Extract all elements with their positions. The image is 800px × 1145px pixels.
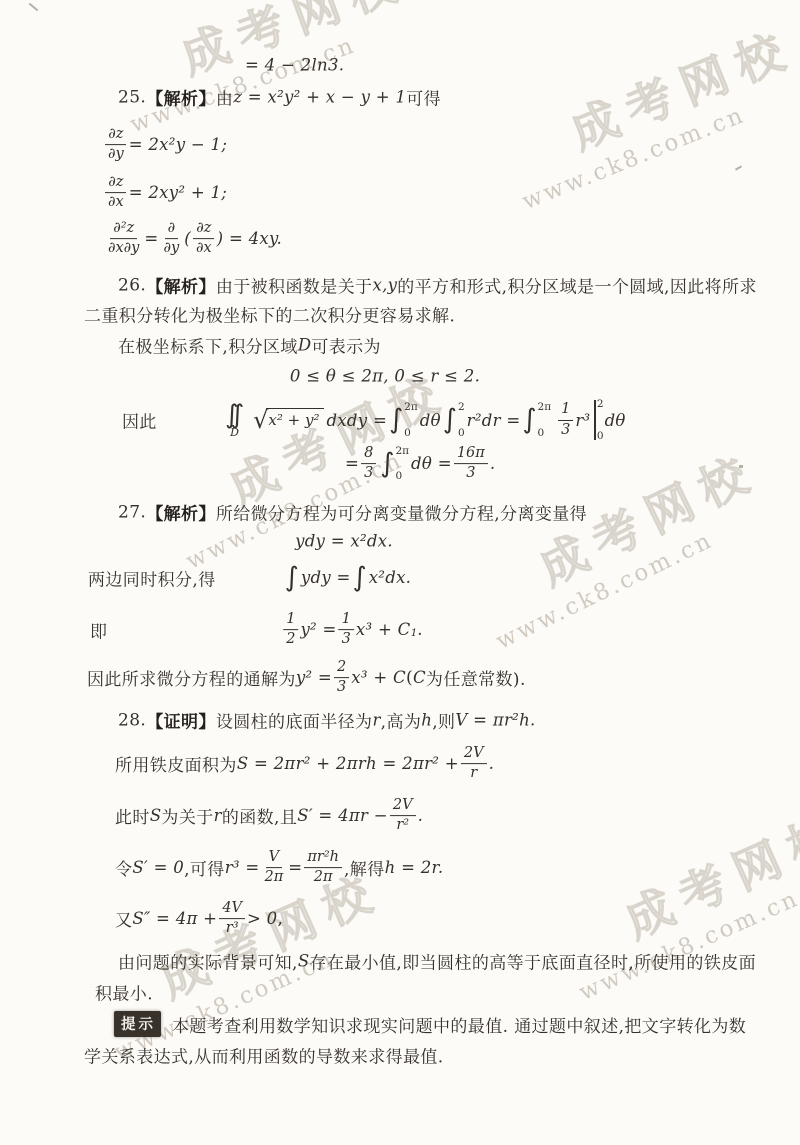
- numerator: 1: [283, 611, 298, 630]
- fraction: ∂∂y: [161, 220, 183, 258]
- text-run: 因此所求微分方程的通解为: [87, 666, 296, 691]
- integral-sign: ∫: [389, 407, 403, 433]
- integral: ∫20: [443, 402, 465, 438]
- math-run: = 2x²y − 1;: [129, 136, 227, 155]
- prev-answer-line-content: = 4 − 2ln3.: [245, 56, 344, 75]
- text-run: 为关于: [161, 804, 213, 829]
- radicand: x² + y²: [266, 408, 324, 429]
- bold-text-run: 【解析】: [146, 85, 216, 110]
- polar-range-content: 0 ≤ θ ≤ 2π, 0 ≤ r ≤ 2.: [290, 367, 480, 386]
- text-run: 为任意常数).: [426, 666, 526, 691]
- math-run: .: [490, 455, 496, 474]
- text-run: 本题考查利用数学知识求现实问题中的最值. 通过题中叙述,把文字转化为数: [172, 1012, 746, 1037]
- lower-limit: 0: [458, 428, 465, 439]
- partial-dz-dy-content: ∂z∂y = 2x²y − 1;: [103, 126, 227, 164]
- math-run: =: [345, 455, 359, 474]
- text-run: 的平方和形式,积分区域是一个圆域,因此将所求: [397, 273, 757, 298]
- scan-speck: [735, 165, 742, 170]
- text-run: 又: [115, 907, 132, 932]
- text-run: 的函数,且: [222, 804, 297, 829]
- math-run: > 0: [247, 910, 277, 929]
- integral-sign: ∫: [285, 565, 299, 591]
- fraction: 16π3: [454, 445, 488, 483]
- lower-limit: 0: [395, 472, 409, 483]
- denominator: ∂x∂y: [105, 240, 142, 258]
- math-run: x,y: [372, 276, 397, 295]
- math-run: r: [214, 807, 222, 826]
- separated-variables-eq-content: ydy = x²dx.: [295, 532, 393, 551]
- denominator: 3: [361, 465, 376, 483]
- double-integral-line1-content: ∫∫D√x² + y² dxdy = ∫2π0dθ∫20r²dr = ∫2π01…: [225, 399, 626, 441]
- bold-text-run: 【解析】: [146, 273, 216, 298]
- math-run: S: [298, 952, 310, 971]
- math-run: S′ = 4πr −: [297, 807, 388, 826]
- hint-badge: 提示: [114, 1011, 161, 1037]
- upper-limit: 2: [458, 402, 465, 413]
- integral: ∫: [353, 565, 367, 591]
- second-derivative-eq-content: 又 S″ = 4π + 4Vr³ > 0,: [115, 900, 283, 938]
- numerator: ∂z: [105, 174, 126, 193]
- double-integral-line1-label: 因此: [122, 408, 157, 433]
- text-run: 由于被积函数是关于: [216, 273, 373, 298]
- upper-limit: 2: [597, 399, 604, 410]
- denominator: r²: [393, 817, 412, 835]
- math-run: h = 2r.: [385, 859, 444, 878]
- integral-sign: ∫: [380, 451, 394, 477]
- numerator: 1: [558, 401, 573, 420]
- numerator: ∂²z: [110, 220, 137, 239]
- integrated-eq-label: 即: [90, 618, 107, 643]
- upper-limit: 2π: [404, 402, 418, 413]
- text-run: 25.: [118, 87, 146, 107]
- partial-dz-dx-content: ∂z∂x = 2xy² + 1;: [103, 174, 227, 212]
- lower-limit: 0: [538, 428, 552, 439]
- sol-27-heading-content: 27.【解析】所给微分方程为可分离变量微分方程,分离变量得: [118, 500, 587, 525]
- text-run: (: [406, 668, 413, 688]
- text-run: ,则: [432, 708, 455, 733]
- numerator: 8: [361, 445, 376, 464]
- text-run: 由问题的实际背景可知,: [118, 949, 298, 974]
- math-run: r²dr =: [467, 411, 521, 430]
- square-root: √x² + y²: [253, 408, 324, 432]
- text-run: ,: [277, 909, 283, 929]
- numerator: 1: [339, 611, 354, 630]
- text-run: 所给微分方程为可分离变量微分方程,分离变量得: [216, 500, 587, 525]
- numerator: ∂z: [105, 126, 126, 145]
- fraction: ∂²z∂x∂y: [105, 220, 142, 258]
- math-run: S = 2πr² + 2πrh = 2πr² +: [237, 755, 459, 774]
- upper-limit: 2π: [538, 402, 552, 413]
- denominator: ∂y: [105, 146, 127, 164]
- numerator: 16π: [454, 445, 488, 464]
- integral: ∫2π0: [380, 446, 409, 482]
- sol-26-line2-content: 二重积分转化为极坐标下的二次积分更容易求解.: [84, 302, 455, 327]
- watermark: 成考网校www.ck8.com.cn: [553, 807, 800, 1005]
- hint-line1-content: 提示本题考查利用数学知识求现实问题中的最值. 通过题中叙述,把文字转化为数: [114, 1011, 746, 1037]
- integrate-both-sides-content: ∫ydy = ∫x²dx.: [283, 565, 411, 591]
- subscript: 1: [411, 627, 418, 639]
- fraction: 23: [334, 659, 349, 697]
- integrated-eq-content: 12y² = 13x³ + C1.: [281, 611, 423, 649]
- text-run: 二重积分转化为极坐标下的二次积分更容易求解.: [84, 302, 455, 327]
- math-run: r: [372, 711, 380, 730]
- integral-sign: ∫: [353, 565, 367, 591]
- denominator: 2π: [311, 869, 336, 887]
- text-run: ,可得: [184, 856, 225, 881]
- watermark-url: www.ck8.com.cn: [576, 859, 800, 1005]
- fraction: ∂z∂x: [193, 220, 215, 258]
- math-run: S: [150, 807, 162, 826]
- integral-limits: 2π0: [394, 446, 409, 482]
- text-run: 28.: [118, 710, 146, 730]
- text-run: 由: [216, 85, 233, 110]
- lower-limit: 0: [597, 431, 604, 442]
- general-solution-content: 因此所求微分方程的通解为 y² = 23x³ + C(C 为任意常数).: [87, 659, 526, 697]
- numerator: 2V: [461, 745, 487, 764]
- math-run: dθ: [605, 411, 626, 430]
- math-run: x²dx.: [369, 568, 412, 587]
- double-integral-sign: ∫∫: [225, 402, 244, 428]
- hint-line2-content: 学关系表达式,从而利用函数的导数来求得最值.: [84, 1043, 444, 1068]
- math-run: dθ =: [411, 455, 452, 474]
- math-run: dθ: [420, 411, 441, 430]
- integral-limits: 2π0: [403, 402, 418, 438]
- lower-limit: 0: [404, 428, 418, 439]
- text-run: 所用铁皮面积为: [115, 752, 237, 777]
- math-run: .: [489, 755, 495, 774]
- sol-25-heading-content: 25.【解析】由 z = x²y² + x − y + 1 可得: [118, 85, 441, 110]
- conclusion-line2-content: 积最小.: [95, 980, 153, 1005]
- numerator: 4V: [219, 900, 245, 919]
- math-run: .: [417, 621, 423, 640]
- denominator: ∂x: [105, 194, 127, 212]
- math-run: = 4 − 2ln3.: [245, 56, 344, 75]
- fraction: πr²h2π: [304, 849, 342, 887]
- text-run: 存在最小值,即当圆柱的高等于底面直径时,所使用的铁皮面: [309, 949, 756, 974]
- fraction: ∂z∂y: [105, 126, 127, 164]
- fraction: ∂z∂x: [105, 174, 127, 212]
- numerator: ∂: [165, 220, 179, 239]
- denominator: r³: [223, 920, 242, 938]
- scan-speck: [739, 465, 743, 468]
- text-run: 设圆柱的底面半径为: [216, 708, 373, 733]
- math-run: = 2xy² + 1;: [129, 184, 227, 203]
- text-run: 此时: [115, 804, 150, 829]
- fraction: V2π: [261, 849, 286, 887]
- denominator: ∂x: [193, 240, 215, 258]
- fraction: 83: [361, 445, 376, 483]
- text-run: 26.: [118, 275, 146, 295]
- math-run: V = πr²h.: [455, 711, 535, 730]
- conclusion-line1-content: 由问题的实际背景可知,S 存在最小值,即当圆柱的高等于底面直径时,所使用的铁皮面: [118, 949, 756, 974]
- text-run: 令: [115, 856, 132, 881]
- fraction: 12: [283, 611, 298, 649]
- second-partial-content: ∂²z∂x∂y = ∂∂y(∂z∂x) = 4xy.: [103, 220, 282, 258]
- watermark: 成考网校www.ck8.com.cn: [498, 25, 800, 215]
- math-run: h: [421, 711, 432, 730]
- integral-sign: ∫: [522, 407, 536, 433]
- math-run: ) = 4xy.: [217, 230, 282, 249]
- bold-text-run: 【证明】: [146, 708, 216, 733]
- watermark-url: www.ck8.com.cn: [183, 418, 470, 574]
- text-run: ,高为: [381, 708, 422, 733]
- math-run: =: [288, 859, 302, 878]
- math-run: ydy = x²dx.: [295, 532, 393, 551]
- numerator: ∂z: [193, 220, 214, 239]
- math-run: C: [413, 669, 426, 688]
- derivative-eq-content: 此时 S 为关于 r 的函数,且 S′ = 4πr − 2Vr².: [115, 797, 423, 835]
- double-integral: ∫∫D: [225, 402, 244, 438]
- upper-limit: 2π: [395, 446, 409, 457]
- integral-limits: 20: [457, 402, 465, 438]
- numerator: V: [266, 849, 282, 868]
- text-run: 积最小.: [95, 980, 153, 1005]
- double-integral-line2-content: = 83∫2π0dθ = 16π3.: [345, 445, 495, 483]
- numerator: 2: [334, 659, 349, 678]
- watermark-url: www.ck8.com.cn: [519, 77, 800, 214]
- text-run: 在极坐标系下,积分区域: [118, 333, 298, 358]
- denominator: r: [467, 765, 480, 783]
- denominator: 2: [283, 631, 298, 649]
- math-run: y² =: [296, 669, 332, 688]
- denominator: 3: [558, 421, 573, 439]
- sol-28-heading-content: 28.【证明】设圆柱的底面半径为 r,高为 h,则 V = πr²h.: [118, 708, 536, 733]
- integral-limits: 2π0: [537, 402, 552, 438]
- fraction: 2Vr²: [390, 797, 416, 835]
- polar-region-intro-content: 在极坐标系下,积分区域 D 可表示为: [118, 333, 381, 358]
- sol-26-heading-content: 26.【解析】由于被积函数是关于 x,y 的平方和形式,积分区域是一个圆域,因此…: [118, 273, 757, 298]
- text-run: 学关系表达式,从而利用函数的导数来求得最值.: [84, 1043, 444, 1068]
- watermark: 成考网校www.ck8.com.cn: [468, 447, 780, 654]
- math-run: x³ + C: [351, 669, 406, 688]
- math-run: (: [184, 230, 191, 249]
- integral-sign: ∫: [443, 407, 457, 433]
- denominator: 2π: [261, 869, 286, 887]
- text-run: 可得: [406, 85, 441, 110]
- math-run: .: [418, 807, 424, 826]
- critical-point-eq-content: 令 S′ = 0,可得 r³ = V2π = πr²h2π,解得 h = 2r.: [115, 849, 443, 887]
- fraction: 4Vr³: [219, 900, 245, 938]
- integral-domain: D: [230, 427, 239, 438]
- math-run: ydy =: [301, 568, 351, 587]
- text-run: ,解得: [344, 856, 385, 881]
- math-run: dxdy =: [326, 411, 387, 430]
- integral: ∫2π0: [522, 402, 551, 438]
- math-run: 0 ≤ θ ≤ 2π, 0 ≤ r ≤ 2.: [290, 367, 480, 386]
- text-run: 可表示为: [311, 333, 381, 358]
- integral: ∫2π0: [389, 402, 418, 438]
- text-run: 27.: [118, 502, 146, 522]
- math-run: =: [144, 230, 158, 249]
- fraction: 13: [339, 611, 354, 649]
- surface-area-eq-content: 所用铁皮面积为 S = 2πr² + 2πrh = 2πr² + 2Vr.: [115, 745, 494, 783]
- denominator: ∂y: [161, 240, 183, 258]
- bar-limits: 20: [596, 399, 604, 441]
- bold-text-run: 【解析】: [146, 500, 216, 525]
- numerator: 2V: [390, 797, 416, 816]
- evaluation-bar: 20: [591, 399, 603, 441]
- math-run: D: [298, 336, 312, 355]
- fraction: 2Vr: [461, 745, 487, 783]
- math-run: r³: [575, 411, 590, 430]
- integral: ∫: [285, 565, 299, 591]
- math-run: S′ = 0: [132, 859, 184, 878]
- math-run: r³ =: [225, 859, 260, 878]
- fraction: 13: [558, 401, 573, 439]
- page: 成考网校www.ck8.com.cn成考网校www.ck8.com.cn成考网校…: [0, 0, 800, 1145]
- math-run: y² =: [300, 621, 336, 640]
- scan-speck: [29, 3, 39, 12]
- math-run: x³ + C: [356, 621, 411, 640]
- numerator: πr²h: [304, 849, 342, 868]
- math-run: S″ = 4π +: [132, 910, 217, 929]
- math-run: z = x²y² + x − y + 1: [233, 88, 406, 107]
- denominator: 3: [334, 679, 349, 697]
- denominator: 3: [463, 465, 478, 483]
- watermark-glyphs: 成考网校: [619, 807, 800, 946]
- integrate-both-sides-label: 两边同时积分,得: [88, 566, 216, 591]
- denominator: 3: [339, 631, 354, 649]
- watermark-glyphs: 成考网校: [565, 25, 800, 157]
